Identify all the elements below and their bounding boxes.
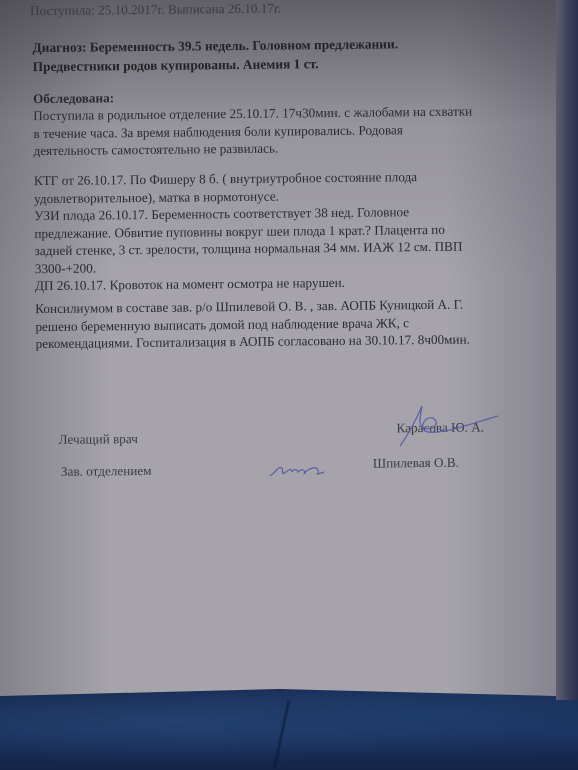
diagnosis-block: Диагноз: Беременность 39.5 недель. Голов… bbox=[32, 33, 512, 76]
examined-heading: Обследована: bbox=[33, 89, 114, 107]
department-head-label: Зав. отделением bbox=[61, 462, 152, 480]
department-head-name: Шпилевая О.В. bbox=[373, 454, 459, 472]
findings-paragraph: КТГ от 26.10.17. По Фишеру 8 б. ( внутри… bbox=[34, 167, 555, 295]
council-paragraph: Консилиумом в составе зав. р/о Шпилевой … bbox=[35, 295, 556, 353]
attending-physician-name: Карасова Ю. А. bbox=[396, 418, 484, 436]
admission-discharge-dates: Поступила: 25.10.2017г. Выписана 26.10.1… bbox=[30, 0, 281, 20]
admission-paragraph: Поступила в родильное отделение 25.10.17… bbox=[33, 102, 554, 160]
paper-edge-shadow bbox=[556, 0, 578, 700]
attending-physician-label: Лечащий врач bbox=[59, 430, 138, 448]
